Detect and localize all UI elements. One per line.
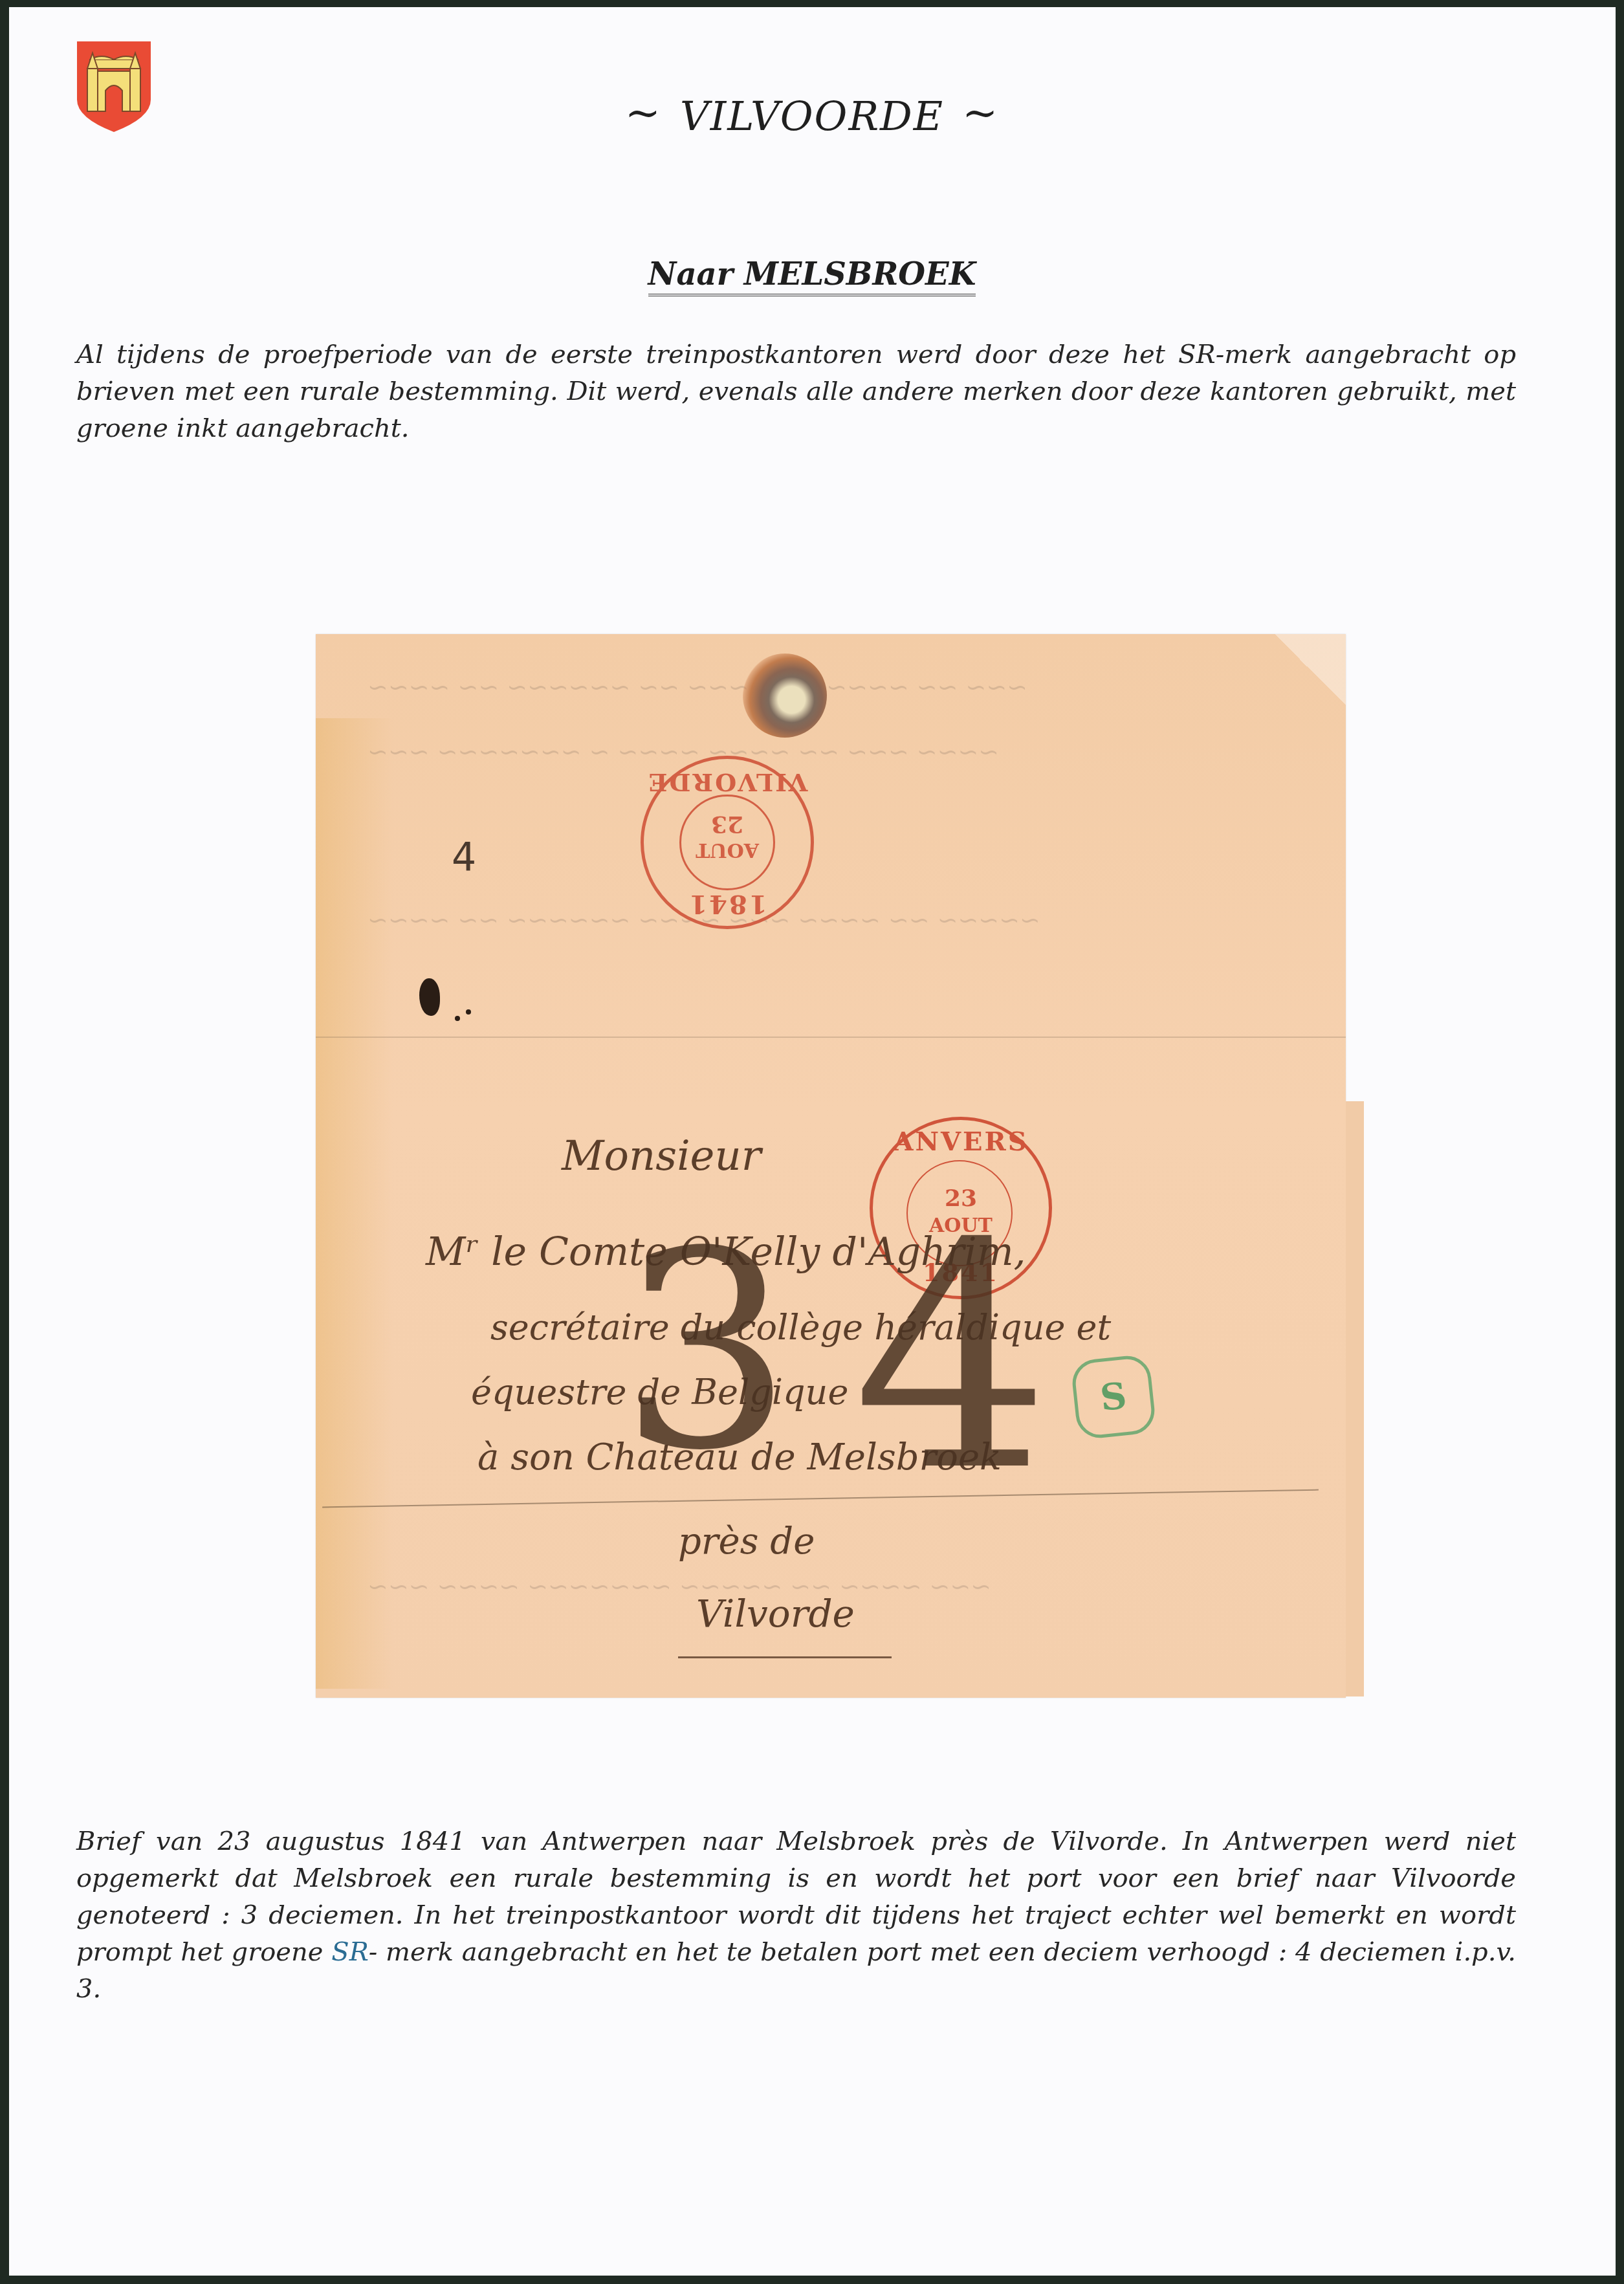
ink-dot (455, 1016, 460, 1021)
bleed-through-text: ~~~ ~~~~ ~~ ~~~~~ ~~~~~~~ ~~~~ ~~~ (368, 1572, 991, 1601)
ink-blot (419, 978, 440, 1016)
page-subtitle: Naar MELSBROEK (0, 256, 1624, 292)
letter-flap (1346, 1101, 1364, 1697)
right-swash-ornament: ~ (962, 88, 999, 138)
sr-highlight: SR (331, 1937, 369, 1967)
postmark-day: 23 (644, 811, 811, 838)
pencil-annotation: 4 (452, 835, 476, 880)
address-line: Monsieur (562, 1132, 761, 1180)
postmark-month: AOUT (644, 839, 811, 861)
postmark-town: VILVORDE (644, 768, 811, 797)
letter-cover-image: ~~~ ~~ ~~~~ ~ ~~~~~ ~~ ~~~~~~ ~~ ~~~~ ~~… (316, 634, 1346, 1698)
bleed-through-text: ~~~~ ~~~ ~~ ~~~~ ~~~~ ~ ~~~~~~~ ~~~ (368, 738, 999, 766)
crossed-rate-mark: 3 (620, 1216, 793, 1488)
address-underline (322, 1489, 1319, 1508)
address-line: près de (678, 1521, 815, 1563)
vilvorde-postmark: 1841 AOUT 23 VILVORDE (641, 756, 814, 929)
page-title: ~VILVOORDE~ (0, 91, 1624, 140)
destination-underline (678, 1656, 892, 1658)
new-rate-mark: 4 (853, 1203, 1050, 1514)
address-line: Vilvorde (696, 1592, 855, 1636)
intro-paragraph: Al tijdens de proefperiode van de eerste… (76, 336, 1516, 447)
bleed-through-text: ~~~ ~~ ~~~~ ~ ~~~~~ ~~ ~~~~~~ ~~ ~~~~ (368, 673, 1027, 701)
page-subtitle-text: Naar MELSBROEK (648, 256, 976, 296)
sr-rural-mark: S (1070, 1354, 1157, 1440)
wax-seal (743, 653, 827, 738)
letter-fold-line (316, 1037, 1346, 1038)
postmark-year: 1841 (644, 889, 811, 919)
caption-paragraph: Brief van 23 augustus 1841 van Antwerpen… (76, 1823, 1516, 2008)
postmark-town: ANVERS (873, 1126, 1049, 1157)
letter-stain (316, 718, 393, 1689)
page-title-text: VILVOORDE (680, 93, 944, 140)
photo-corner-mount (1275, 634, 1346, 705)
ink-dot (466, 1009, 471, 1015)
left-swash-ornament: ~ (625, 88, 662, 138)
